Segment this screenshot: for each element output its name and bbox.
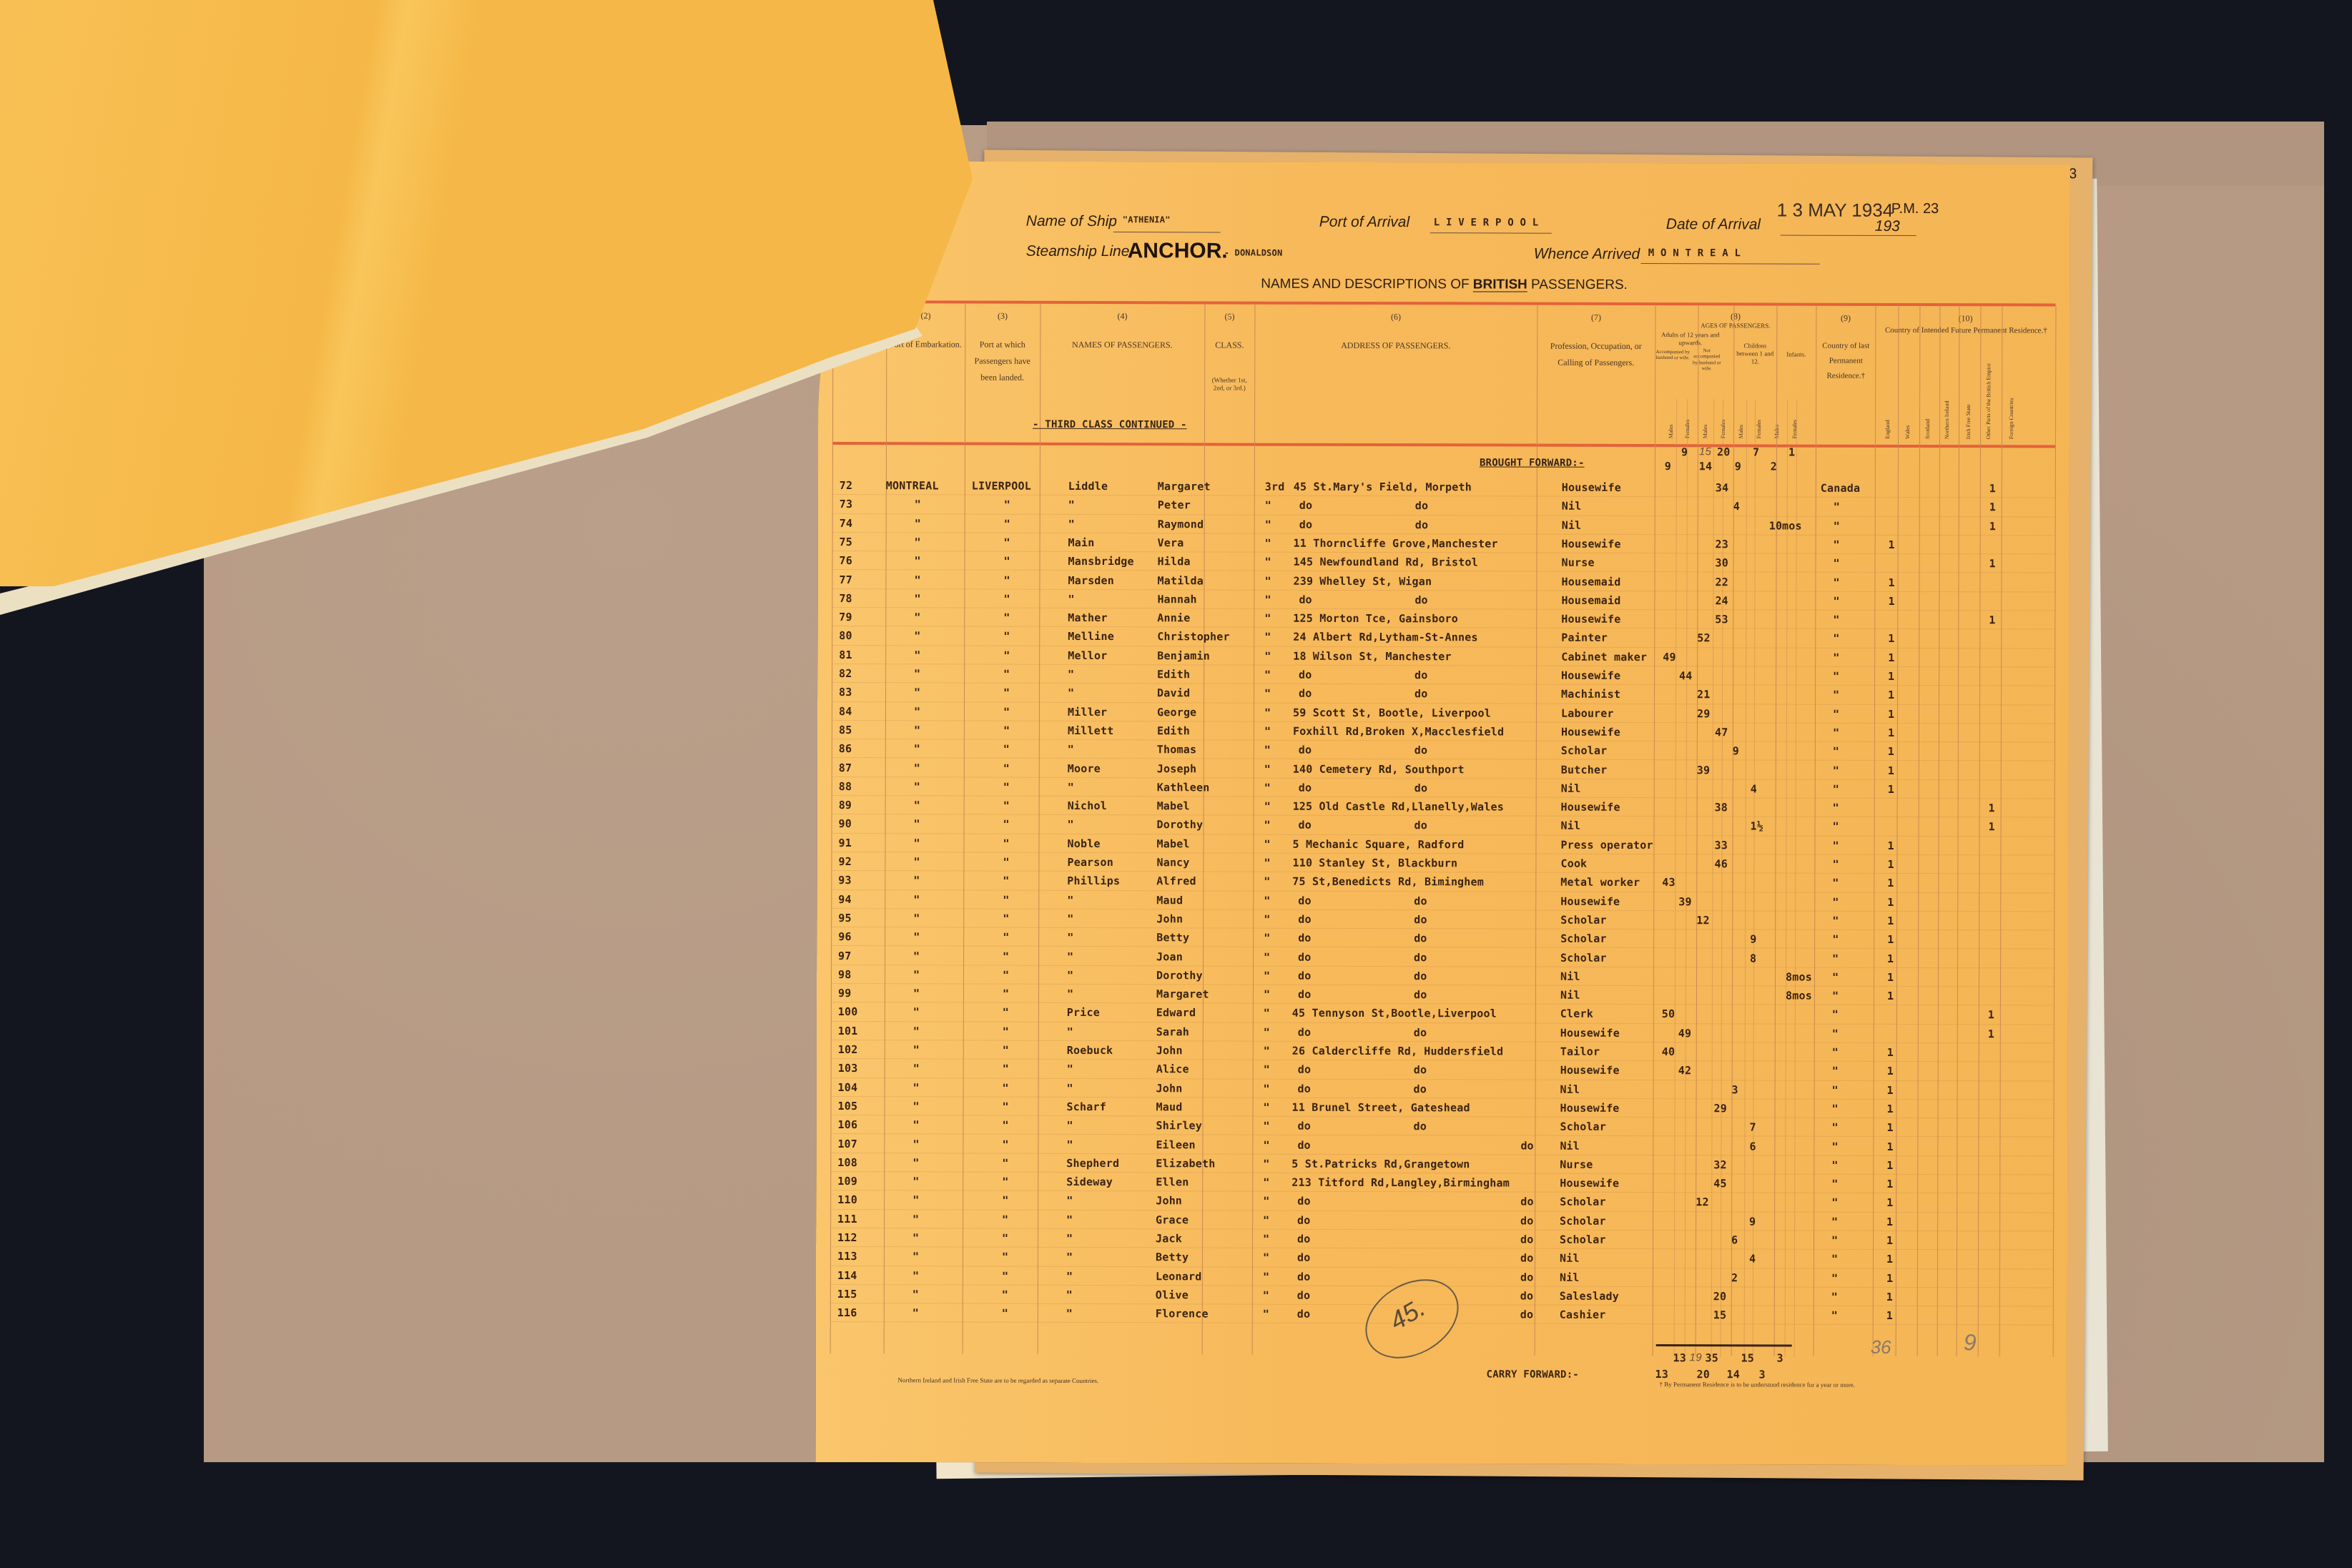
cell-given-name: Dorothy [1156, 969, 1203, 982]
brought-forward-label: BROUGHT FORWARD:- [1480, 457, 1585, 468]
cell-given-name: Leonard [1156, 1270, 1202, 1283]
cell-intended-residence: 1 [1886, 1216, 1893, 1228]
cell-port-embarkation: " [912, 1156, 919, 1169]
cell-age: 23 [1716, 538, 1729, 551]
cell-age: 52 [1697, 632, 1711, 645]
cell-list-number: 107 [837, 1138, 857, 1150]
cell-given-name: Shirley [1156, 1119, 1202, 1132]
cell-port-embarkation: " [912, 1251, 919, 1263]
cell-list-number: 112 [837, 1231, 857, 1244]
cell-port-landed: " [1002, 1307, 1008, 1320]
cell-last-residence: " [1832, 1103, 1839, 1115]
cell-occupation: Saleslady [1560, 1290, 1619, 1303]
cell-class: " [1263, 1233, 1269, 1246]
cell-list-number: 86 [839, 742, 852, 755]
cell-address-ditto: do [1520, 1214, 1534, 1227]
cell-list-number: 75 [840, 536, 853, 548]
cell-port-embarkation: " [912, 1194, 919, 1207]
cell-last-residence: " [1831, 1291, 1838, 1303]
cell-list-number: 95 [838, 912, 852, 924]
circled-number: 45. [1384, 1293, 1430, 1336]
form-code: P.M. 23 [1891, 201, 1939, 217]
cell-class: " [1263, 1289, 1269, 1302]
cell-occupation: Scholar [1560, 951, 1607, 964]
cell-given-name: Eileen [1156, 1138, 1195, 1151]
cell-given-name: Peter [1158, 499, 1191, 512]
cell-given-name: Dorothy [1157, 819, 1204, 832]
cell-class: " [1264, 875, 1270, 888]
cell-address-ditto: do [1414, 819, 1428, 832]
cell-age: 8mos [1786, 970, 1812, 983]
age-subheader: Males [1738, 403, 1744, 438]
port-arrival-label: Port of Arrival [1319, 214, 1409, 231]
cell-port-landed: " [1004, 555, 1010, 568]
cell-intended-residence: 1 [1886, 1140, 1893, 1153]
cell-port-embarkation: " [914, 630, 920, 643]
cell-age: 29 [1714, 1102, 1728, 1115]
destination-subheader: Northern Ireland [1944, 378, 1950, 439]
cell-port-embarkation: " [914, 667, 920, 680]
cell-last-residence: " [1831, 1234, 1838, 1247]
cell-class: " [1264, 988, 1270, 1001]
cell-port-landed: " [1003, 893, 1009, 906]
cell-last-residence: " [1832, 1008, 1839, 1021]
cell-age: 1½ [1751, 820, 1764, 833]
cell-address: do [1298, 950, 1312, 963]
cell-occupation: Housewife [1560, 1102, 1620, 1115]
cell-age: 39 [1697, 764, 1711, 776]
cell-occupation: Housewife [1562, 538, 1621, 551]
cell-occupation: Scholar [1560, 1214, 1606, 1227]
cell-address: Foxhill Rd,Broken X,Macclesfield [1293, 725, 1504, 739]
cell-age: 43 [1662, 876, 1676, 889]
cell-age: 39 [1678, 895, 1692, 908]
cell-port-embarkation: " [913, 912, 920, 924]
cell-port-embarkation: " [913, 855, 920, 868]
cell-given-name: Annie [1157, 611, 1190, 624]
cell-port-landed: " [1003, 950, 1009, 962]
cell-list-number: 108 [837, 1156, 857, 1169]
cell-surname: Miller [1068, 706, 1107, 719]
cell-class: " [1265, 518, 1271, 531]
cell-last-residence: " [1833, 689, 1839, 701]
cell-class: " [1265, 556, 1271, 568]
cell-class: " [1265, 499, 1271, 512]
ages-label: AGES OF PASSENGERS. [1655, 322, 1816, 330]
cell-intended-residence: 1 [1888, 670, 1894, 683]
cell-age: 21 [1697, 689, 1711, 701]
cell-class: " [1264, 1082, 1270, 1095]
cell-address-ditto: do [1414, 669, 1428, 681]
cell-class: " [1263, 1195, 1269, 1208]
cell-surname: " [1066, 1270, 1073, 1283]
cell-surname: " [1066, 1232, 1073, 1245]
cell-age: 8mos [1786, 990, 1812, 1002]
cell-given-name: Edward [1156, 1007, 1196, 1020]
destination-subheader: Scotland [1924, 378, 1931, 439]
cell-port-landed: " [1003, 799, 1010, 812]
cell-last-residence: " [1833, 820, 1839, 833]
cell-surname: Pearson [1067, 856, 1113, 869]
cell-class: " [1264, 969, 1270, 982]
cell-given-name: Christopher [1157, 631, 1230, 644]
cell-port-landed: " [1003, 743, 1010, 756]
cell-port-landed: " [1003, 592, 1010, 605]
cell-occupation: Tailor [1560, 1045, 1600, 1058]
cell-port-embarkation: " [912, 1119, 919, 1132]
cell-class: " [1264, 706, 1271, 719]
cell-intended-residence: 1 [1887, 914, 1894, 927]
cell-given-name: Kathleen [1157, 781, 1210, 794]
cell-given-name: Edith [1157, 668, 1190, 681]
cell-given-name: Margaret [1158, 480, 1211, 493]
column-number-c3: (3) [965, 308, 1040, 325]
cell-port-landed: " [1004, 498, 1010, 511]
cell-class: " [1263, 1308, 1269, 1321]
cell-occupation: Scholar [1561, 744, 1608, 757]
cell-age: 49 [1663, 651, 1676, 664]
cell-list-number: 98 [838, 968, 852, 981]
cell-port-embarkation: " [915, 536, 921, 548]
cell-last-residence: " [1832, 914, 1839, 927]
cell-intended-residence: 1 [1887, 839, 1894, 852]
cell-list-number: 80 [839, 629, 852, 642]
cell-list-number: 94 [838, 893, 852, 906]
cell-port-landed: " [1003, 1100, 1009, 1113]
cell-port-landed: " [1004, 517, 1010, 530]
brought-forward-handwritten: 9 [1681, 445, 1688, 458]
cell-port-landed: " [1003, 705, 1010, 718]
cell-address: do [1299, 744, 1312, 756]
cell-port-embarkation: " [914, 761, 920, 774]
cell-occupation: Press operator [1560, 838, 1653, 851]
cell-class: " [1264, 593, 1271, 606]
cell-intended-residence: 1 [1989, 501, 1996, 514]
cell-given-name: David [1157, 687, 1190, 700]
cell-surname: " [1067, 1025, 1073, 1038]
cell-list-number: 84 [839, 705, 852, 718]
cell-port-landed: " [1003, 1081, 1009, 1094]
cell-address: do [1298, 932, 1312, 945]
cell-occupation: Machinist [1561, 688, 1620, 701]
cell-age: 32 [1713, 1158, 1727, 1171]
cell-surname: Shepherd [1066, 1157, 1119, 1170]
cell-port-embarkation: " [912, 1138, 919, 1150]
cell-surname: " [1067, 1062, 1073, 1075]
cell-address: 24 Albert Rd,Lytham-St-Annes [1293, 631, 1478, 644]
steamship-line-label: Steamship Line [1026, 243, 1130, 260]
cell-address: 45 St.Mary's Field, Morpeth [1294, 480, 1472, 494]
cell-port-embarkation: " [913, 1062, 920, 1075]
cell-age: 24 [1715, 594, 1728, 607]
brought-forward-handwritten: 1 [1788, 446, 1795, 459]
whence-underline [1641, 263, 1820, 265]
cell-port-embarkation: " [912, 1231, 919, 1244]
cell-list-number: 115 [837, 1288, 857, 1301]
cell-last-residence: " [1833, 651, 1839, 664]
cell-intended-residence: 1 [1988, 1027, 1994, 1040]
cell-address: 5 St.Patricks Rd,Grangetown [1291, 1158, 1470, 1171]
cell-port-landed: " [1003, 931, 1009, 944]
cell-occupation: Housewife [1561, 613, 1620, 626]
cell-given-name: Benjamin [1157, 649, 1210, 662]
cell-port-embarkation: " [913, 1100, 920, 1113]
cell-surname: Millett [1068, 724, 1114, 737]
age-subheader: Males [1668, 403, 1674, 438]
cell-intended-residence: 1 [1989, 557, 1996, 570]
cell-intended-residence: 1 [1887, 877, 1894, 889]
cell-port-embarkation: " [914, 592, 920, 605]
cell-class: " [1264, 857, 1270, 869]
cell-given-name: Hilda [1158, 555, 1191, 568]
steamship-line-value: ANCHOR. [1128, 239, 1228, 263]
cell-address: 26 Caldercliffe Rd, Huddersfield [1292, 1045, 1503, 1058]
cell-given-name: Vera [1158, 536, 1184, 549]
cell-address-ditto: do [1520, 1289, 1534, 1302]
cell-age: 6 [1731, 1233, 1738, 1246]
cell-port-landed: LIVERPOOL [972, 480, 1031, 493]
cell-port-embarkation: " [913, 950, 920, 962]
cell-surname: Mather [1068, 611, 1107, 624]
cell-address: do [1297, 1251, 1311, 1264]
cell-occupation: Housewife [1561, 669, 1620, 682]
cell-port-embarkation: " [914, 705, 920, 718]
cell-intended-residence: 1 [1989, 802, 1995, 814]
cell-port-embarkation: " [912, 1307, 919, 1320]
children-label: Children between 1 and 12. [1733, 342, 1776, 365]
cell-list-number: 102 [838, 1043, 858, 1056]
cell-class: " [1264, 894, 1270, 907]
cell-occupation: Nil [1561, 819, 1581, 832]
cell-occupation: Scholar [1560, 1195, 1606, 1208]
cell-last-residence: " [1832, 952, 1839, 965]
cell-occupation: Housewife [1560, 894, 1620, 907]
cell-address: 125 Morton Tce, Gainsboro [1293, 612, 1458, 626]
cell-last-residence: " [1832, 971, 1839, 984]
manifest-sheet: P.M. 23 Name of Ship "ATHENIA" Port of A… [815, 161, 2070, 1466]
cell-address-ditto: do [1520, 1195, 1534, 1208]
cell-surname: Marsden [1068, 573, 1114, 586]
cell-surname: " [1066, 1138, 1073, 1150]
not-accompanied-label: Not accompanied by husband or wife. [1691, 347, 1723, 372]
cell-address: 239 Whelley St, Wigan [1293, 574, 1432, 588]
cell-given-name: Sarah [1156, 1025, 1189, 1038]
cell-given-name: Alfred [1156, 875, 1196, 888]
cell-address: 213 Titford Rd,Langley,Birmingham [1291, 1176, 1510, 1190]
cell-address-ditto: do [1414, 1026, 1427, 1039]
cell-address: do [1297, 1213, 1311, 1226]
cell-surname: " [1066, 1251, 1073, 1263]
cell-age: 4 [1733, 501, 1740, 513]
cell-class: " [1263, 1213, 1269, 1226]
ship-value: "ATHENIA" [1123, 215, 1171, 225]
column-label-c6: ADDRESS OF PASSENGERS. [1257, 337, 1534, 355]
cell-surname: " [1068, 818, 1074, 831]
cell-last-residence: " [1834, 557, 1840, 570]
cell-class: " [1264, 837, 1270, 850]
cell-intended-residence: 1 [1887, 1084, 1894, 1097]
cell-last-residence: " [1832, 839, 1839, 852]
column-label-c3: Port at which Passengers have been lande… [968, 337, 1037, 386]
column-number-c4: (4) [1040, 308, 1204, 325]
cell-age: 9 [1750, 933, 1756, 946]
header-top-rule [832, 300, 2055, 306]
cell-surname: " [1068, 593, 1074, 606]
title-emph: BRITISH [1473, 277, 1527, 292]
cell-list-number: 116 [837, 1306, 857, 1319]
cell-list-number: 110 [837, 1193, 857, 1206]
cell-given-name: Olive [1156, 1288, 1189, 1301]
cell-last-residence: " [1832, 1027, 1839, 1040]
cell-last-residence: " [1833, 613, 1839, 626]
whence-label: Whence Arrived [1534, 246, 1640, 263]
cell-last-residence: " [1831, 1196, 1838, 1209]
cell-intended-residence: 1 [1888, 764, 1894, 776]
cell-surname: Main [1068, 536, 1095, 549]
cell-given-name: Maud [1156, 1100, 1183, 1113]
cell-port-embarkation: " [913, 837, 920, 849]
cell-address: do [1297, 1270, 1311, 1283]
cell-occupation: Nil [1562, 500, 1582, 513]
cell-given-name: Betty [1156, 1251, 1189, 1264]
cell-occupation: Housemaid [1561, 575, 1620, 588]
cell-occupation: Labourer [1561, 706, 1614, 719]
cell-address: do [1298, 970, 1312, 982]
cell-list-number: 105 [838, 1100, 858, 1113]
cell-class: " [1264, 950, 1270, 963]
cell-port-embarkation: " [913, 1025, 920, 1037]
cell-class: " [1264, 913, 1270, 926]
cell-age: 20 [1713, 1290, 1727, 1303]
cell-surname: " [1067, 950, 1073, 962]
infants-label: Infants. [1776, 351, 1816, 359]
cell-address-ditto: do [1414, 894, 1427, 907]
cell-list-number: 79 [839, 611, 852, 623]
cell-last-residence: " [1833, 745, 1839, 758]
cell-class: " [1264, 687, 1271, 700]
cell-last-residence: " [1832, 1083, 1839, 1096]
cell-given-name: Maud [1156, 894, 1183, 907]
cell-list-number: 104 [838, 1081, 858, 1094]
cell-list-number: 88 [839, 780, 852, 793]
cell-last-residence: " [1833, 670, 1839, 683]
cell-class: " [1264, 631, 1271, 644]
cell-port-landed: " [1003, 649, 1010, 661]
cell-intended-residence: 1 [1888, 783, 1894, 796]
cell-class: " [1264, 1101, 1270, 1114]
cell-last-residence: " [1831, 1140, 1838, 1153]
cell-occupation: Butcher [1561, 763, 1608, 776]
cell-age: 42 [1678, 1064, 1692, 1077]
cell-address: 145 Newfoundland Rd, Bristol [1294, 556, 1479, 569]
steamship-line-typed: - DONALDSON [1224, 247, 1283, 257]
cell-given-name: Thomas [1157, 743, 1196, 756]
cell-class: " [1264, 781, 1271, 794]
cell-list-number: 93 [838, 874, 852, 887]
cell-port-embarkation: " [915, 498, 921, 511]
cell-list-number: 74 [840, 517, 853, 530]
cell-port-embarkation: " [913, 893, 920, 906]
cell-occupation: Scholar [1560, 932, 1607, 945]
cell-port-embarkation: " [913, 968, 920, 981]
cell-surname: " [1068, 668, 1074, 681]
cell-list-number: 114 [837, 1269, 857, 1282]
cell-occupation: Scholar [1560, 1233, 1606, 1246]
cell-address: 125 Old Castle Rd,Llanelly,Wales [1293, 800, 1504, 814]
column-label-c9: Country of last Permanent Residence.† [1817, 339, 1874, 384]
destination-subheader: Foreign Countries [2008, 378, 2014, 439]
cell-age: 49 [1678, 1027, 1692, 1040]
cell-port-embarkation: " [914, 743, 920, 756]
cell-address: do [1299, 781, 1312, 794]
cell-address: do [1297, 1233, 1311, 1246]
cell-age: 29 [1697, 707, 1711, 720]
cell-last-residence: " [1833, 632, 1839, 645]
cell-address: 11 Brunel Street, Gateshead [1292, 1101, 1470, 1115]
cell-surname: Phillips [1067, 874, 1120, 887]
cell-port-embarkation: " [914, 573, 920, 586]
cell-age: 3 [1732, 1083, 1738, 1096]
cell-surname: " [1067, 931, 1073, 944]
total-rule [1656, 1344, 1792, 1346]
cell-intended-residence: 1 [1888, 708, 1894, 721]
cell-address-ditto: do [1520, 1308, 1534, 1321]
carry-forward-label: CARRY FORWARD:- [1487, 1369, 1579, 1380]
cell-port-landed: " [1003, 837, 1009, 849]
cell-last-residence: " [1832, 895, 1839, 908]
cell-given-name: Joseph [1157, 762, 1196, 775]
cell-occupation: Clerk [1560, 1007, 1593, 1020]
cell-age: 50 [1662, 1007, 1676, 1020]
cell-class: 3rd [1265, 480, 1285, 493]
cell-class: " [1264, 762, 1271, 775]
cell-surname: Mansbridge [1068, 555, 1134, 568]
cell-age: 40 [1662, 1045, 1676, 1058]
cell-age: 22 [1715, 576, 1728, 588]
brought-forward-value: 2 [1771, 460, 1777, 473]
destination-subheader: England [1884, 378, 1891, 439]
cell-last-residence: " [1833, 783, 1839, 796]
cell-address: do [1297, 1120, 1311, 1133]
cell-list-number: 101 [838, 1025, 858, 1037]
cell-surname: Sideway [1066, 1175, 1113, 1188]
cell-port-landed: " [1003, 912, 1009, 925]
cell-address-ditto: do [1414, 988, 1427, 1001]
cell-occupation: Nil [1560, 989, 1580, 1002]
carry-forward-subtotal: 19 [1690, 1351, 1702, 1364]
cell-intended-residence: 1 [1989, 520, 1996, 533]
cell-intended-residence: 1 [1886, 1178, 1893, 1190]
carry-forward-subtotal: 15 [1741, 1351, 1755, 1364]
cell-port-landed: " [1002, 1251, 1008, 1263]
cell-class: " [1264, 744, 1271, 756]
cell-address: do [1299, 499, 1313, 512]
cell-list-number: 103 [838, 1062, 858, 1075]
cell-port-landed: " [1002, 1194, 1008, 1207]
date-suffix: 193 [1875, 218, 1900, 235]
cell-address: do [1299, 819, 1312, 832]
cell-surname: " [1066, 1119, 1073, 1132]
cell-address: 110 Stanley St, Blackburn [1292, 857, 1457, 870]
title-prefix: NAMES AND DESCRIPTIONS OF [1261, 277, 1469, 292]
cell-port-embarkation: " [914, 818, 920, 831]
cell-last-residence: " [1833, 726, 1839, 739]
cell-occupation: Nil [1560, 1139, 1580, 1152]
ship-label: Name of Ship [1026, 213, 1117, 230]
cell-intended-residence: 1 [1886, 1253, 1893, 1266]
cell-address-ditto: do [1414, 1083, 1427, 1095]
cell-address-ditto: do [1520, 1271, 1534, 1283]
